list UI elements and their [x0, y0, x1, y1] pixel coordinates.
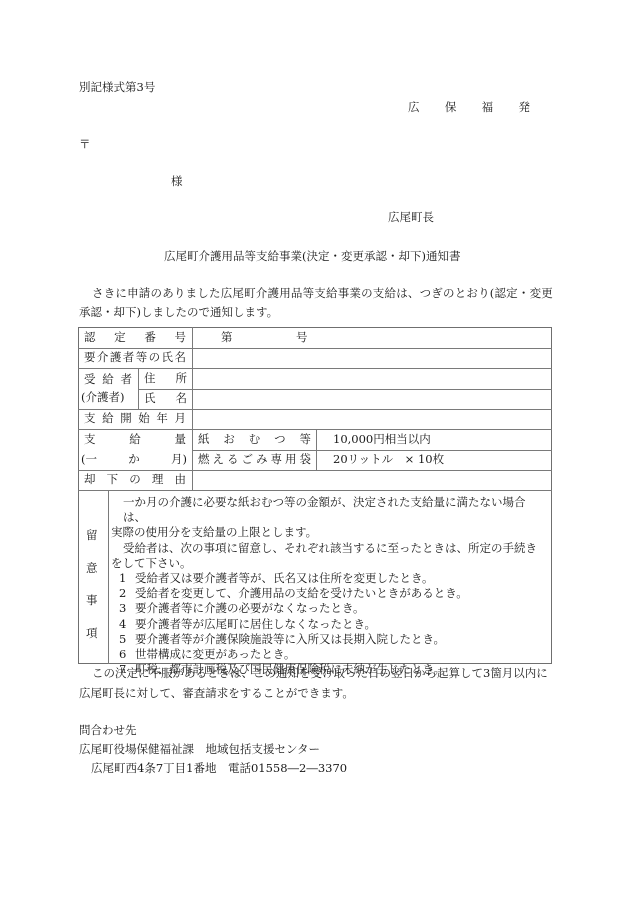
label-char: む	[249, 434, 261, 446]
item-number: 5	[119, 632, 135, 647]
form-number: 別記様式第3号	[79, 82, 155, 94]
label-char: か	[128, 454, 140, 466]
label-char: 専	[271, 454, 283, 466]
label-char: 要	[84, 352, 96, 364]
label-char: ご	[242, 454, 254, 466]
intro-line-1: さきに申請のありました広尾町介護用品等支給事業の支給は、つぎのとおり(認定・変更	[92, 288, 553, 300]
label-name: 氏 名	[144, 393, 187, 405]
item-number: 6	[119, 647, 135, 662]
item-number: 3	[119, 601, 135, 616]
item-text: 世帯構成に変更があったとき。	[135, 647, 295, 661]
paper-diapers-value: 10,000円相当以内	[333, 434, 431, 446]
label-garbage-bags: 燃 え る ご み 専 用 袋	[198, 454, 311, 466]
label-char: 氏	[144, 393, 156, 405]
item-number: 4	[119, 617, 135, 632]
label-care-recipient-name: 要 介 護 者 等 の 氏 名	[84, 352, 186, 364]
notes-item: 6世帯構成に変更があったとき。	[111, 647, 547, 662]
label-supply-amount: 支 給 量	[84, 434, 186, 446]
label-char: 番	[144, 332, 156, 344]
label-char: 留	[86, 530, 98, 542]
label-char: の	[149, 352, 161, 364]
col-divider	[138, 368, 139, 409]
notes-item: 5要介護者等が介護保険施設等に入所又は長期入院したとき。	[111, 632, 547, 647]
care-recipient-name-field[interactable]	[196, 350, 548, 366]
doc-number-char: 発	[518, 102, 530, 114]
row-divider	[78, 348, 552, 349]
item-text: 要介護者等が介護保険施設等に入所又は長期入院したとき。	[135, 632, 445, 646]
item-number: 2	[119, 586, 135, 601]
row-divider	[78, 409, 552, 410]
item-text: 受給者又は要介護者等が、氏名又は住所を変更したとき。	[135, 571, 434, 585]
label-notes: 留 意 事 項	[86, 530, 98, 639]
notes-content: 一か月の介護に必要な紙おむつ等の金額が、決定された支給量に満たない場合は、 実際…	[111, 495, 547, 677]
appeal-line-1: この決定に不服があるときは、この通知を受け取った日の翌日から起算して3箇月以内に	[92, 668, 548, 680]
label-char: 名	[176, 393, 188, 405]
row-divider	[78, 368, 552, 369]
label-char: 者	[123, 352, 135, 364]
label-beneficiary: 受 給 者	[84, 374, 132, 386]
label-char: 用	[285, 454, 297, 466]
label-char: 名	[174, 352, 186, 364]
label-char: 給	[102, 413, 114, 425]
row-divider	[78, 470, 552, 471]
row-divider	[192, 450, 552, 451]
label-char: 却	[84, 474, 96, 486]
item-number: 1	[119, 571, 135, 586]
cert-number-prefix: 第	[221, 332, 233, 344]
contact-address-phone: 広尾町西4条7丁目1番地 電話01558―2―3370	[91, 763, 347, 775]
label-per-month: (一 か 月)	[81, 454, 187, 466]
item-text: 要介護者等に介護の必要がなくなったとき。	[135, 601, 365, 615]
intro-line-2: 承認・却下)しましたので通知します。	[79, 307, 278, 319]
label-char: 理	[152, 474, 164, 486]
notes-item: 4要介護者等が広尾町に居住しなくなったとき。	[111, 617, 547, 632]
label-char: 量	[175, 434, 187, 446]
label-char: 項	[86, 628, 98, 640]
contact-heading: 問合わせ先	[79, 725, 137, 737]
label-char: み	[256, 454, 268, 466]
label-char: 支	[84, 434, 96, 446]
col-divider	[316, 429, 317, 470]
col-divider	[108, 490, 109, 664]
row-divider	[78, 490, 552, 491]
rejection-reason-field[interactable]	[196, 472, 548, 488]
label-rejection-reason: 却 下 の 理 由	[84, 474, 186, 486]
cert-number-field[interactable]	[240, 330, 288, 346]
addressee-suffix: 様	[171, 176, 183, 188]
label-char: 住	[144, 373, 156, 385]
label-char: 燃	[198, 454, 210, 466]
postal-mark: 〒	[79, 139, 91, 151]
document-title: 広尾町介護用品等支給事業(決定・変更承認・却下)通知書	[164, 251, 460, 263]
notes-para1-line2: 実際の使用分を支給量の上限とします。	[111, 525, 547, 540]
label-char: 所	[176, 373, 188, 385]
label-cert-number: 認 定 番 号	[84, 332, 186, 344]
label-char: 下	[107, 474, 119, 486]
label-paper-diapers: 紙 お む つ 等	[198, 434, 311, 446]
label-char: 介	[97, 352, 109, 364]
notes-para2-line2: をして下さい。	[111, 556, 547, 571]
row-divider	[138, 389, 552, 390]
label-char: つ	[274, 434, 286, 446]
notes-item: 2受給者を変更して、介護用品の支給を受けたいときがあるとき。	[111, 586, 547, 601]
label-char: 由	[175, 474, 187, 486]
label-char: 月	[174, 413, 186, 425]
beneficiary-name-field[interactable]	[196, 391, 548, 407]
label-char: の	[129, 474, 141, 486]
contact-office: 広尾町役場保健福祉課 地域包括支援センター	[79, 744, 320, 756]
appeal-line-2: 広尾町長に対して、審査請求をすることができます。	[79, 688, 354, 700]
label-char: (一	[81, 454, 97, 466]
notes-para1-line1: 一か月の介護に必要な紙おむつ等の金額が、決定された支給量に満たない場合は、	[111, 495, 547, 525]
label-char: 始	[138, 413, 150, 425]
label-char: え	[213, 454, 225, 466]
notes-item: 3要介護者等に介護の必要がなくなったとき。	[111, 601, 547, 616]
label-char: 者	[121, 374, 133, 386]
item-text: 受給者を変更して、介護用品の支給を受けたいときがあるとき。	[135, 586, 468, 600]
label-char: お	[223, 434, 235, 446]
label-char: 給	[129, 434, 141, 446]
label-char: 開	[120, 413, 132, 425]
label-char: 支	[84, 413, 96, 425]
document-number: 広 保 福 発	[408, 102, 530, 114]
label-char: 氏	[162, 352, 174, 364]
label-char: 袋	[300, 454, 312, 466]
doc-number-char: 福	[482, 102, 494, 114]
label-char: 護	[110, 352, 122, 364]
doc-number-char: 保	[445, 102, 457, 114]
label-char: 等	[300, 434, 312, 446]
garbage-bags-value: 20リットル × 10枚	[333, 454, 444, 466]
label-char: 認	[84, 332, 96, 344]
notes-para2-line1: 受給者は、次の事項に留意し、それぞれ該当するに至ったときは、所定の手続き	[111, 541, 547, 556]
label-beneficiary-caregiver: (介護者)	[81, 392, 124, 404]
label-char: 等	[136, 352, 148, 364]
label-address: 住 所	[144, 373, 187, 385]
label-start-month: 支 給 開 始 年 月	[84, 413, 186, 425]
notes-item: 1受給者又は要介護者等が、氏名又は住所を変更したとき。	[111, 571, 547, 586]
label-char: 定	[114, 332, 126, 344]
label-char: 月)	[171, 454, 187, 466]
row-divider	[78, 429, 552, 430]
label-char: 事	[86, 595, 98, 607]
label-char: 紙	[198, 434, 210, 446]
item-text: 要介護者等が広尾町に居住しなくなったとき。	[135, 617, 376, 631]
col-divider	[192, 327, 193, 490]
label-char: る	[227, 454, 239, 466]
label-char: 給	[102, 374, 114, 386]
label-char: 年	[156, 413, 168, 425]
cert-number-suffix: 号	[296, 332, 308, 344]
doc-number-char: 広	[408, 102, 420, 114]
start-month-field[interactable]	[196, 411, 548, 427]
beneficiary-address-field[interactable]	[196, 371, 548, 387]
label-char: 意	[86, 563, 98, 575]
issuer: 広尾町長	[388, 212, 434, 224]
label-char: 受	[84, 374, 96, 386]
label-char: 号	[174, 332, 186, 344]
